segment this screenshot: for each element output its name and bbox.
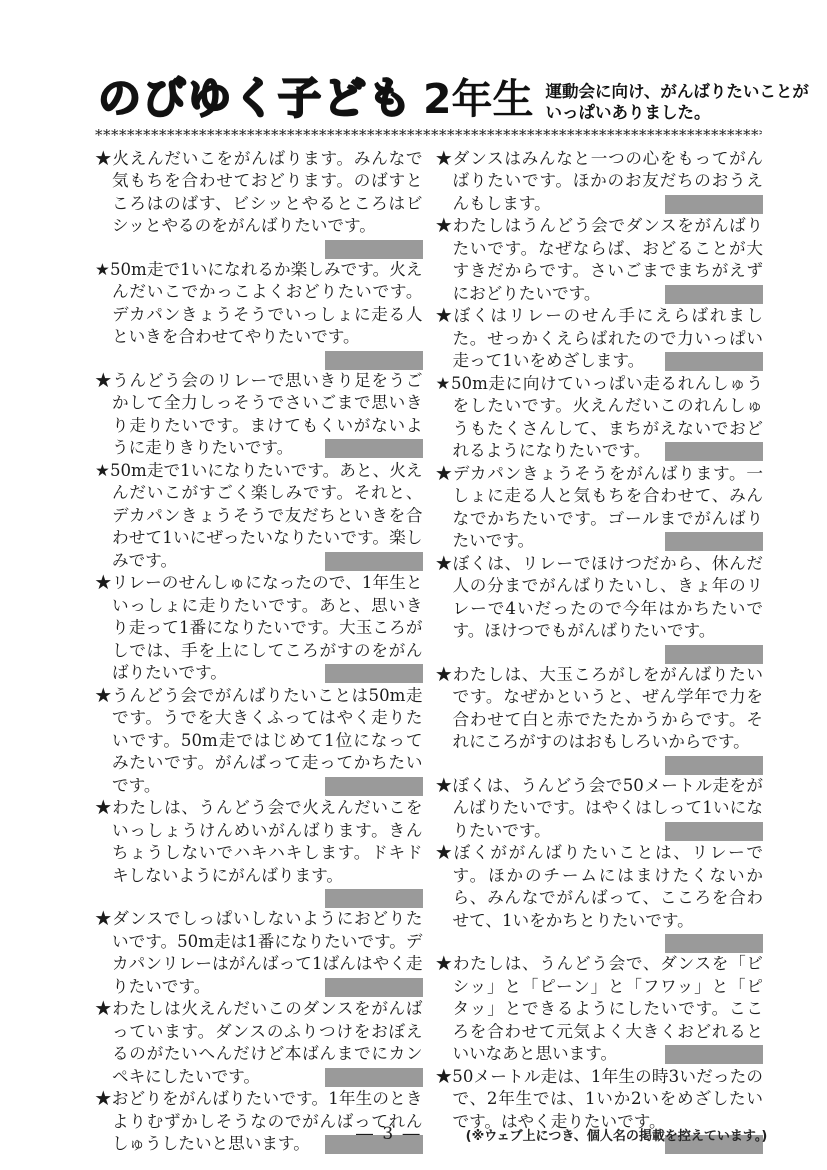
entry: ★50m走で1いになれるか楽しみです。火えんだいこでかっこよくおどりたいです。デ… xyxy=(95,259,423,370)
star-icon: ★ xyxy=(95,999,112,1018)
redacted-name-box xyxy=(325,1068,423,1087)
star-icon: ★ xyxy=(95,149,112,168)
entry: ★ぼくががんばりたいことは、リレーです。ほかのチームにはまけたくないから、みんな… xyxy=(436,842,764,953)
separator-line: ****************************************… xyxy=(95,128,762,143)
redacted-name-box xyxy=(325,978,423,997)
redacted-name-box xyxy=(325,240,423,259)
star-icon: ★ xyxy=(436,1067,453,1086)
redacted-name-box xyxy=(665,822,763,841)
right-column: ★ダンスはみんなと一つの心をもってがんばりたいです。ほかのお友だちのおうえんもし… xyxy=(436,148,764,1156)
entry-text: わたしは、大玉ころがしをがんばりたいです。なぜかというと、ぜん学年で力を合わせて… xyxy=(453,665,764,752)
entry: ★うんどう会のリレーで思いきり足をうごかして全力しっそうでさいごまで思いきり走り… xyxy=(95,370,423,460)
header: のびゆく子ども 2年生 運動会に向け、がんばりたいことが いっぱいありました。 xyxy=(0,0,827,124)
entry: ★ぼくはリレーのせん手にえらばれました。せっかくえらばれたので力いっぱい走って1… xyxy=(436,305,764,373)
star-icon: ★ xyxy=(95,909,112,928)
entry: ★デカパンきょうそうをがんばります。一しょに走る人と気もちを合わせて、みんなでか… xyxy=(436,463,764,553)
star-icon: ★ xyxy=(95,573,112,592)
redacted-name-box xyxy=(665,532,763,551)
entry: ★わたしは、うんどう会で、ダンスを「ビシッ」と「ピーン」と「フワッ」と「ピタッ」… xyxy=(436,953,764,1066)
newsletter-page: のびゆく子ども 2年生 運動会に向け、がんばりたいことが いっぱいありました。 … xyxy=(0,0,827,1170)
page-number: ― 3 ― xyxy=(356,1124,422,1144)
entry-text: わたしは、うんどう会で火えんだいこをいっしょうけんめいがんばります。きんちょうし… xyxy=(112,798,423,885)
redacted-name-box xyxy=(665,1045,763,1064)
entry: ★おどりをがんばりたいです。1年生のときよりむずかしそうなのでがんばってれんしゅ… xyxy=(95,1088,423,1156)
privacy-note: (※ウェブ上につき、個人名の掲載を控えています。) xyxy=(466,1125,768,1144)
entry: ★ぼくは、リレーでほけつだから、休んだ人の分までがんばりたいし、きょ年のリレーで… xyxy=(436,553,764,664)
star-icon: ★ xyxy=(436,374,451,393)
entry-text: ぼくは、リレーでほけつだから、休んだ人の分までがんばりたいし、きょ年のリレーで4… xyxy=(453,554,764,641)
redacted-name-box xyxy=(325,777,423,796)
star-icon: ★ xyxy=(436,554,453,573)
page-title: のびゆく子ども xyxy=(98,76,413,123)
star-icon: ★ xyxy=(95,798,112,817)
star-icon: ★ xyxy=(436,665,453,684)
subtitle-line2: いっぱいありました。 xyxy=(546,103,711,122)
entry: ★リレーのせんしゅになったので、1年生といっしょに走りたいです。あと、思いきり走… xyxy=(95,572,423,685)
entry: ★ダンスはみんなと一つの心をもってがんばりたいです。ほかのお友だちのおうえんもし… xyxy=(436,148,764,216)
redacted-name-box xyxy=(665,285,763,304)
redacted-name-box xyxy=(665,756,763,775)
entry-text: 火えんだいこをがんばります。みんなで気もちを合わせておどります。のばすところはの… xyxy=(112,149,423,236)
star-icon: ★ xyxy=(95,260,110,279)
subtitle: 運動会に向け、がんばりたいことが いっぱいありました。 xyxy=(546,76,809,124)
entry: ★わたしは火えんだいこのダンスをがんばっています。ダンスのふりつけをおぼえるのが… xyxy=(95,998,423,1088)
entry: ★50m走に向けていっぱい走るれんしゅうをしたいです。火えんだいこのれんしゅうも… xyxy=(436,373,764,463)
redacted-name-box xyxy=(665,352,763,371)
entry-text: 50メートル走は、1年生の時3いだったので、2年生では、1いか2いをめざしたいで… xyxy=(452,1067,763,1131)
redacted-name-box xyxy=(325,889,423,908)
entries-area: ★火えんだいこをがんばります。みんなで気もちを合わせておどります。のばすところは… xyxy=(0,143,827,1156)
footer: ― 3 ― (※ウェブ上につき、個人名の掲載を控えています。) xyxy=(0,1124,827,1144)
star-icon: ★ xyxy=(95,1089,112,1108)
grade-label: 2年生 xyxy=(423,76,534,123)
entry-text: 50m走で1いになれるか楽しみです。火えんだいこでかっこよくおどりたいです。デカ… xyxy=(110,260,423,347)
redacted-name-box xyxy=(325,552,423,571)
entry: ★火えんだいこをがんばります。みんなで気もちを合わせておどります。のばすところは… xyxy=(95,148,423,259)
star-icon: ★ xyxy=(436,843,454,862)
entry: ★ぼくは、うんどう会で50メートル走をがんばりたいです。はやくはしって1いになり… xyxy=(436,775,764,843)
left-column: ★火えんだいこをがんばります。みんなで気もちを合わせておどります。のばすところは… xyxy=(95,148,423,1156)
redacted-name-box xyxy=(665,645,763,664)
star-icon: ★ xyxy=(95,686,112,705)
entry: ★わたしは、大玉ころがしをがんばりたいです。なぜかというと、ぜん学年で力を合わせ… xyxy=(436,664,764,775)
entry: ★ダンスでしっぱいしないようにおどりたいです。50m走は1番になりたいです。デカ… xyxy=(95,908,423,998)
subtitle-line1: 運動会に向け、がんばりたいことが xyxy=(546,82,809,101)
star-icon: ★ xyxy=(95,371,112,390)
entry-text: ぼくががんばりたいことは、リレーです。ほかのチームにはまけたくないから、みんなで… xyxy=(453,843,764,930)
star-icon: ★ xyxy=(436,216,453,235)
entry: ★うんどう会でがんばりたいことは50m走です。うでを大きくふってはやく走りたいで… xyxy=(95,685,423,798)
entry: ★50m走で1いになりたいです。あと、火えんだいこがすごく楽しみです。それと、デ… xyxy=(95,460,423,573)
star-icon: ★ xyxy=(436,954,453,973)
redacted-name-box xyxy=(325,351,423,370)
star-icon: ★ xyxy=(436,306,454,325)
redacted-name-box xyxy=(325,664,423,683)
star-icon: ★ xyxy=(436,464,453,483)
star-icon: ★ xyxy=(95,461,110,480)
star-icon: ★ xyxy=(436,776,453,795)
redacted-name-box xyxy=(665,195,763,214)
entry: ★わたしは、うんどう会で火えんだいこをいっしょうけんめいがんばります。きんちょう… xyxy=(95,797,423,908)
redacted-name-box xyxy=(665,442,763,461)
star-icon: ★ xyxy=(436,149,453,168)
redacted-name-box xyxy=(665,934,763,953)
entry: ★わたしはうんどう会でダンスをがんばりたいです。なぜならば、おどることが大すきだ… xyxy=(436,215,764,305)
redacted-name-box xyxy=(325,439,423,458)
